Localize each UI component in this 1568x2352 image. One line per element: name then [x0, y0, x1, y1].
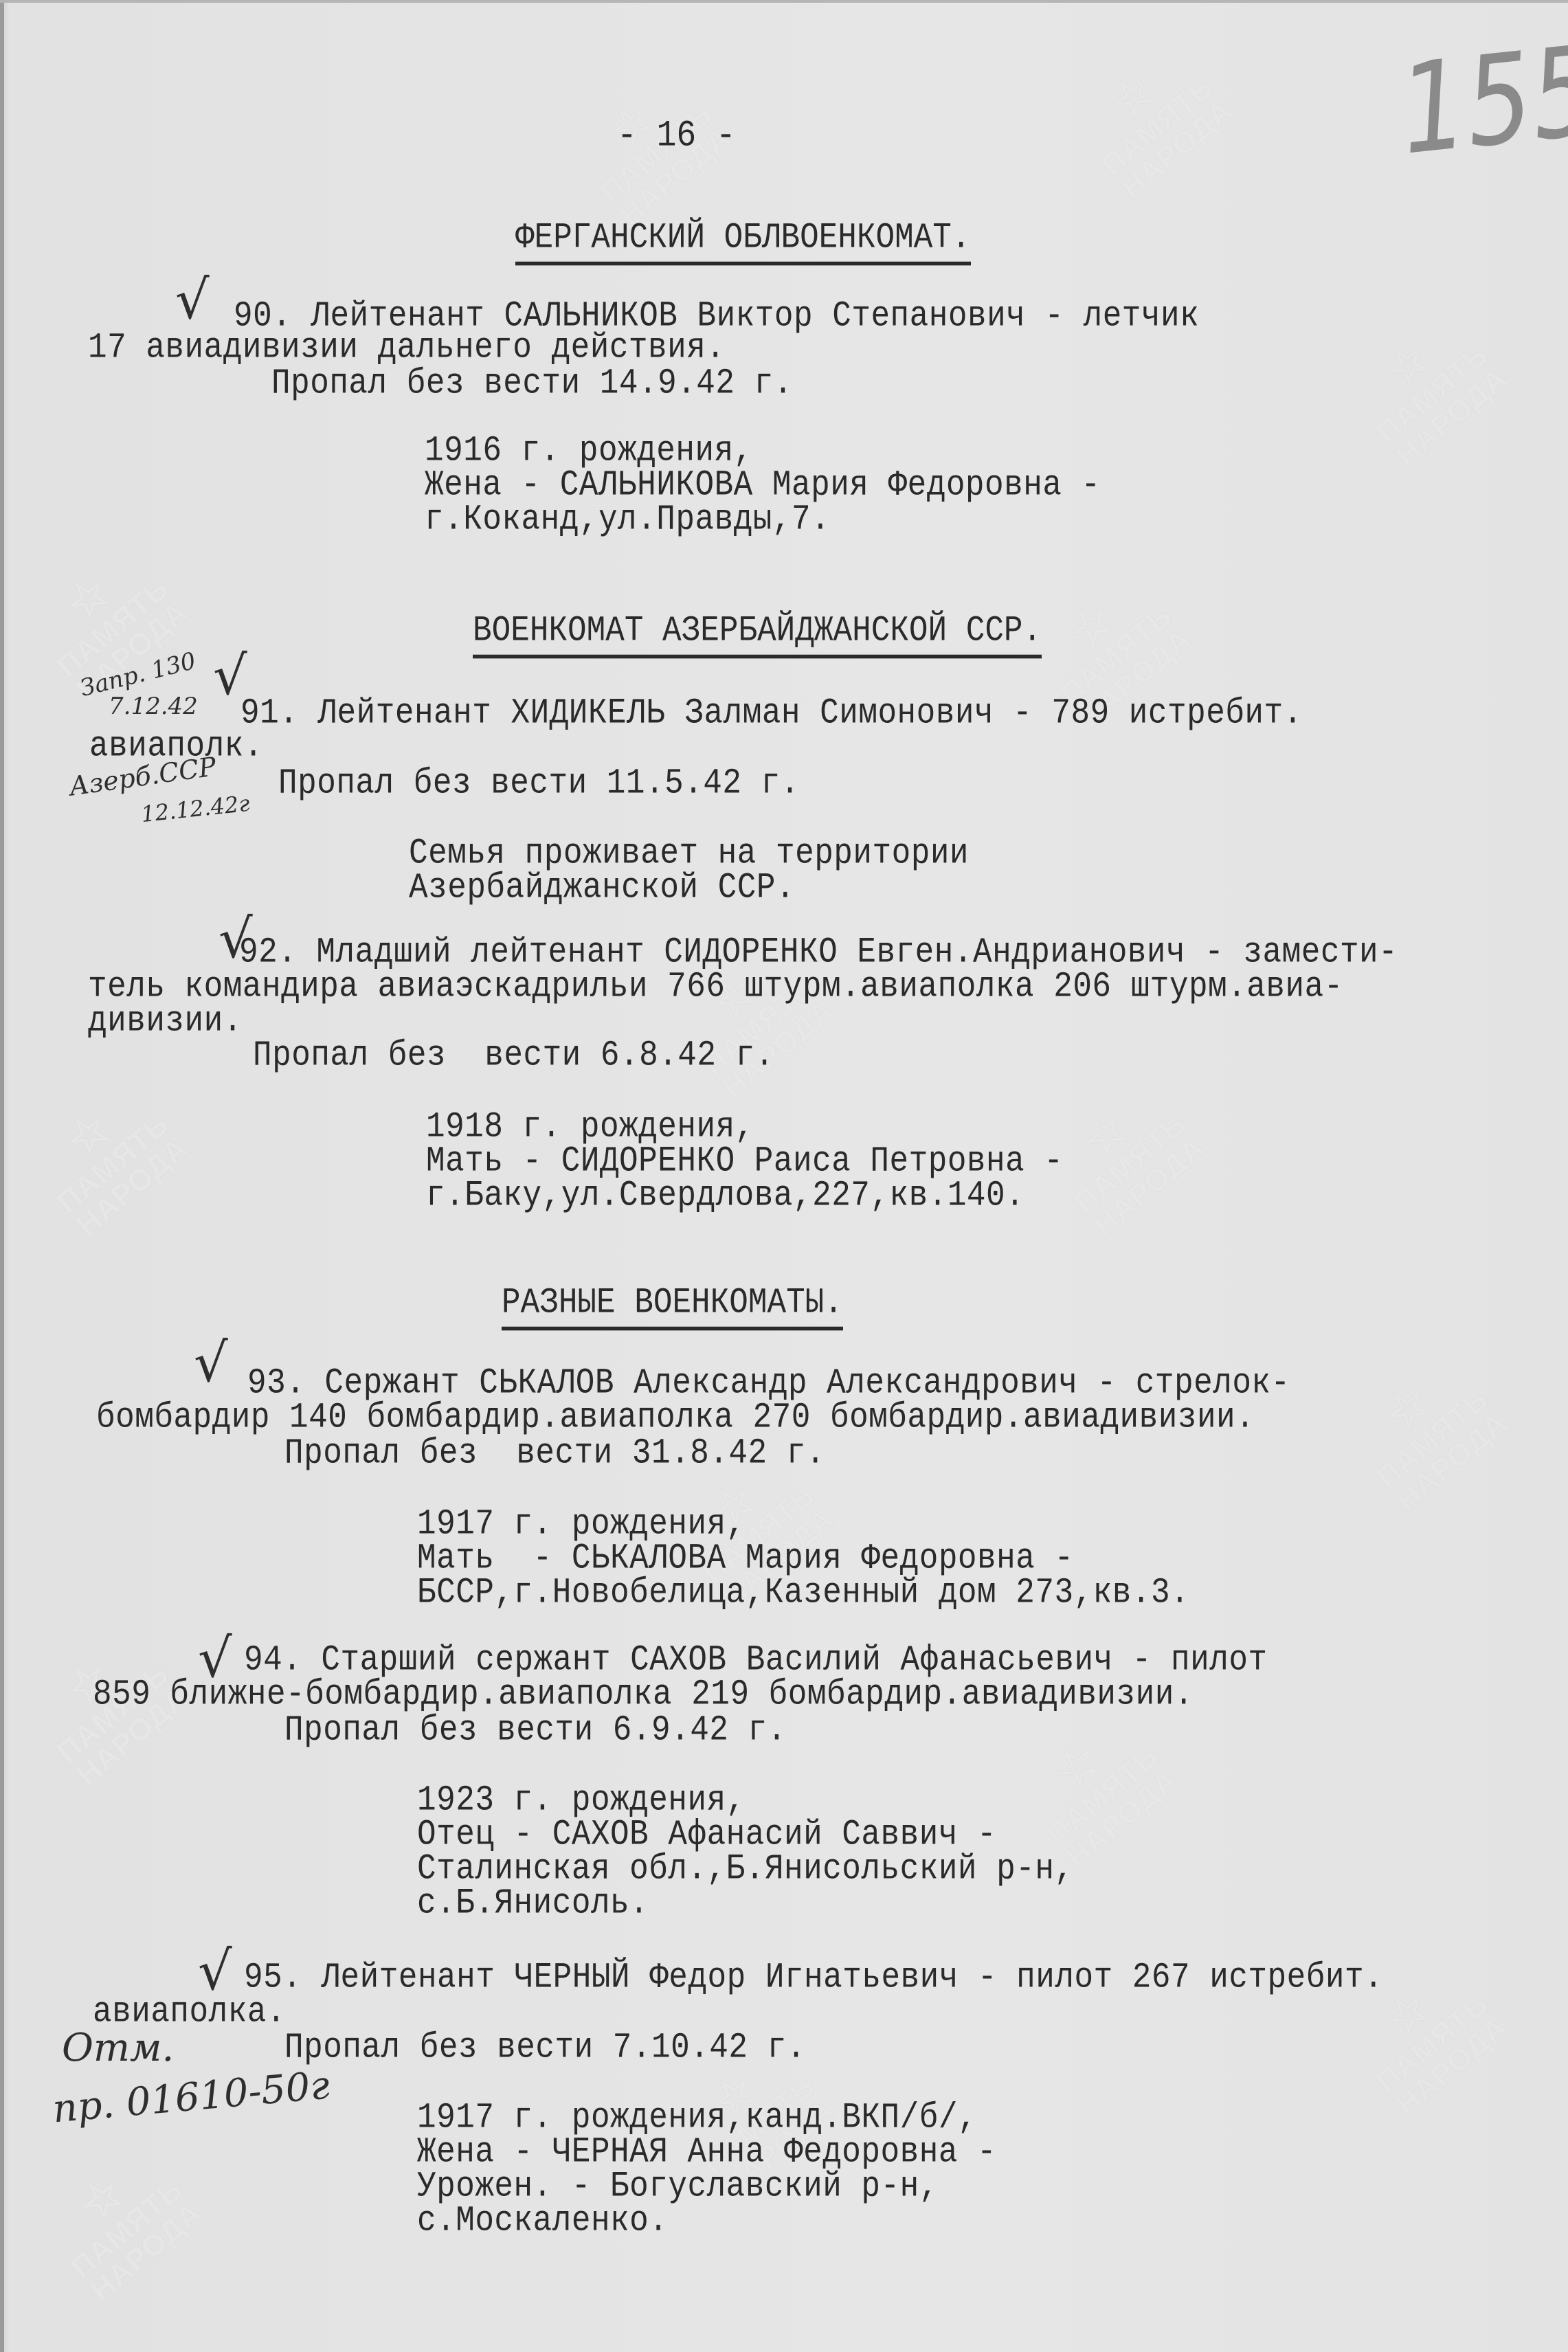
detail-line: Азербайджанской ССР.: [409, 869, 795, 907]
entry-line: 95. Лейтенант ЧЕРНЫЙ Федор Игнатьевич - …: [244, 1958, 1383, 1997]
entry-line: 17 авиадивизии дальнего действия.: [88, 328, 725, 367]
check-mark-icon: √: [198, 1945, 232, 1998]
section-heading: ВОЕНКОМАТ АЗЕРБАЙДЖАНСКОЙ ССР.: [473, 612, 1042, 658]
entry-line: 91. Лейтенант ХИДИКЕЛЬ Залман Симонович …: [240, 694, 1303, 732]
missing-date: Пропал без вести 11.5.42 г.: [278, 764, 800, 803]
entry-line: 859 ближне-бомбардир.авиаполка 219 бомба…: [93, 1675, 1194, 1714]
page-top-edge: [0, 0, 1568, 3]
document-page: ☆ ПАМЯТЬ НАРОДА ☆ ПАМЯТЬ НАРОДА ☆ ПАМЯТЬ…: [0, 0, 1568, 2352]
section-heading: ФЕРГАНСКИЙ ОБЛВОЕНКОМАТ.: [515, 219, 971, 265]
star-icon: ☆: [1004, 1699, 1151, 1833]
missing-date: Пропал без вести 7.10.42 г.: [284, 2028, 806, 2067]
section-heading: РАЗНЫЕ ВОЕНКОМАТЫ.: [502, 1284, 843, 1330]
detail-line: с.Б.Янисоль.: [417, 1884, 649, 1923]
detail-line: Отец - САХОВ Афанасий Саввич -: [417, 1815, 996, 1854]
watermark-stamp: ☆ ПАМЯТЬ НАРОДА: [28, 2132, 232, 2335]
star-icon: ☆: [1059, 30, 1206, 164]
handwritten-note: пр. 01610-50г: [51, 2063, 331, 2132]
entry-line: 93. Сержант СЬКАЛОВ Александр Александро…: [247, 1364, 1290, 1402]
detail-line: БССР,г.Новобелица,Казенный дом 273,кв.3.: [417, 1573, 1189, 1612]
star-icon: ☆: [14, 1067, 161, 1201]
watermark-stamp: ☆ ПАМЯТЬ НАРОДА: [14, 1067, 219, 1270]
detail-line: Семья проживает на территории: [409, 834, 969, 873]
watermark-stamp: ☆ ПАМЯТЬ НАРОДА: [1334, 298, 1538, 500]
missing-date: Пропал без вести 14.9.42 г.: [271, 364, 793, 403]
detail-line: Жена - ЧЕРНАЯ Анна Федоровна -: [417, 2133, 996, 2171]
entry-line: 92. Младший лейтенант СИДОРЕНКО Евген.Ан…: [239, 933, 1398, 972]
missing-date: Пропал без вести 6.8.42 г.: [253, 1036, 774, 1075]
page-edge-shadow: [0, 0, 4, 2352]
check-mark-icon: √: [175, 273, 210, 327]
handwritten-note: 7.12.42: [109, 693, 198, 720]
entry-line: бомбардир 140 бомбардир.авиаполка 270 бо…: [96, 1398, 1255, 1437]
detail-line: 1917 г. рождения,канд.ВКП/б/,: [417, 2098, 977, 2137]
handwritten-note: Отм.: [62, 2026, 174, 2070]
watermark-stamp: ☆ ПАМЯТЬ НАРОДА: [14, 1617, 219, 1819]
missing-date: Пропал без вести 31.8.42 г.: [284, 1434, 825, 1472]
star-icon: ☆: [14, 531, 161, 665]
detail-line: Мать - СЬКАЛОВА Мария Федоровна -: [417, 1539, 1074, 1578]
detail-line: г.Баку,ул.Свердлова,227,кв.140.: [426, 1176, 1024, 1215]
detail-line: 1923 г. рождения,: [417, 1781, 746, 1819]
archive-sheet-number: 155: [1393, 19, 1568, 183]
page-number: - 16 -: [617, 115, 736, 157]
detail-line: Мать - СИДОРЕНКО Раиса Петровна -: [426, 1142, 1063, 1180]
entry-line: тель командира авиаэскадрильи 766 штурм.…: [88, 967, 1343, 1006]
star-icon: ☆: [1334, 298, 1481, 432]
detail-line: 1918 г. рождения,: [426, 1108, 754, 1146]
missing-date: Пропал без вести 6.9.42 г.: [284, 1711, 787, 1749]
handwritten-note: 12.12.42г: [139, 790, 251, 827]
star-icon: ☆: [28, 2132, 175, 2266]
detail-line: с.Москаленко.: [417, 2202, 668, 2240]
star-icon: ☆: [1334, 1342, 1481, 1476]
detail-line: 1916 г. рождения,: [425, 432, 753, 470]
detail-line: Урожен. - Богуславский р-н,: [417, 2167, 939, 2206]
entry-line: 94. Старший сержант САХОВ Василий Афанас…: [244, 1641, 1268, 1679]
detail-line: Сталинская обл.,Б.Янисольский р-н,: [417, 1850, 1074, 1888]
watermark-stamp: ☆ ПАМЯТЬ НАРОДА: [1334, 1342, 1538, 1545]
check-mark-icon: √: [194, 1336, 228, 1390]
detail-line: 1917 г. рождения,: [417, 1505, 746, 1543]
entry-line: дивизии.: [88, 1002, 243, 1040]
detail-line: Жена - САЛЬНИКОВА Мария Федоровна -: [425, 466, 1101, 504]
detail-line: г.Коканд,ул.Правды,7.: [425, 500, 830, 539]
watermark-stamp: ☆ ПАМЯТЬ НАРОДА: [1059, 30, 1263, 232]
